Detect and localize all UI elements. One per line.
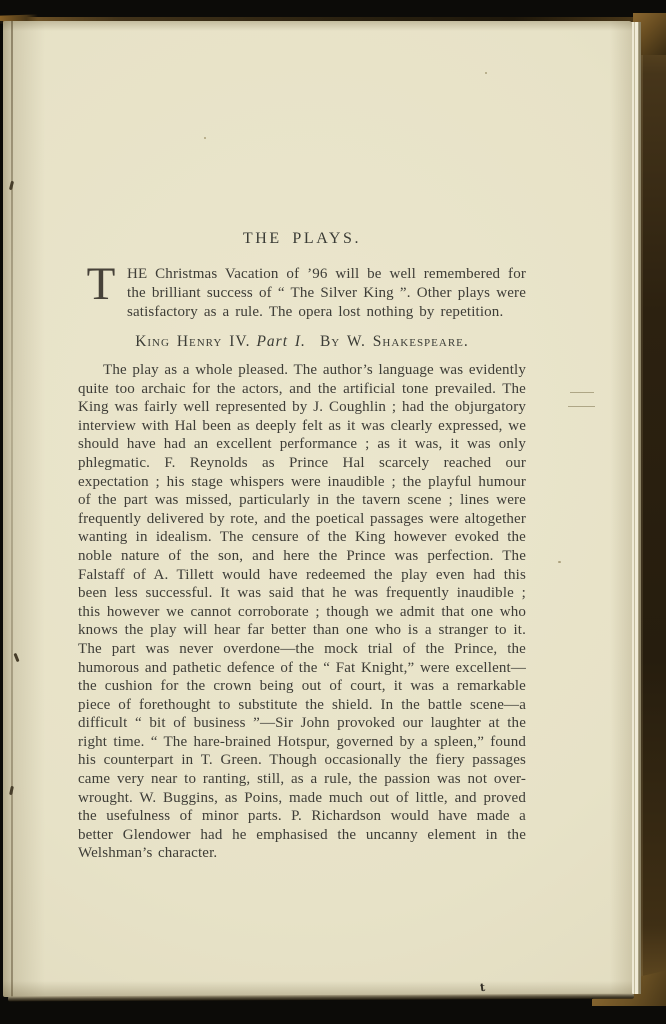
- gutter-crease-line: [11, 21, 13, 997]
- paper-speck: [558, 561, 561, 563]
- review-heading-byline: By W. Shakespeare.: [320, 333, 469, 350]
- paper-speck: [485, 72, 487, 74]
- printers-mark: t: [479, 981, 485, 994]
- book-photograph: { "book_page": { "title": "THE PLAYS.", …: [0, 0, 666, 1024]
- opening-paragraph-text: HE Christmas Vacation of ’96 will be wel…: [127, 266, 526, 320]
- page-title: THE PLAYS.: [78, 230, 526, 248]
- paper-speck: [204, 137, 206, 139]
- review-heading-play-title: King Henry IV.: [135, 333, 250, 350]
- review-heading: King Henry IV.Part I.By W. Shakespeare.: [78, 333, 526, 351]
- cover-right-edge: [641, 15, 666, 1005]
- page-edge-nick: [13, 653, 19, 662]
- drop-cap-letter: T: [82, 266, 120, 323]
- paper-scratch: [570, 392, 594, 393]
- paper-scratch: [568, 406, 595, 407]
- review-paragraph: The play as a whole pleased. The author’…: [78, 361, 526, 863]
- fore-edge-page-stack: [631, 22, 641, 994]
- opening-paragraph: THE Christmas Vacation of ’96 will be we…: [78, 265, 526, 322]
- review-heading-part: Part I.: [256, 333, 305, 350]
- book-page: THE PLAYS. THE Christmas Vacation of ’96…: [3, 21, 632, 997]
- page-edge-nick: [9, 786, 14, 795]
- page-edge-nick: [9, 181, 14, 190]
- text-column: THE PLAYS. THE Christmas Vacation of ’96…: [78, 230, 526, 863]
